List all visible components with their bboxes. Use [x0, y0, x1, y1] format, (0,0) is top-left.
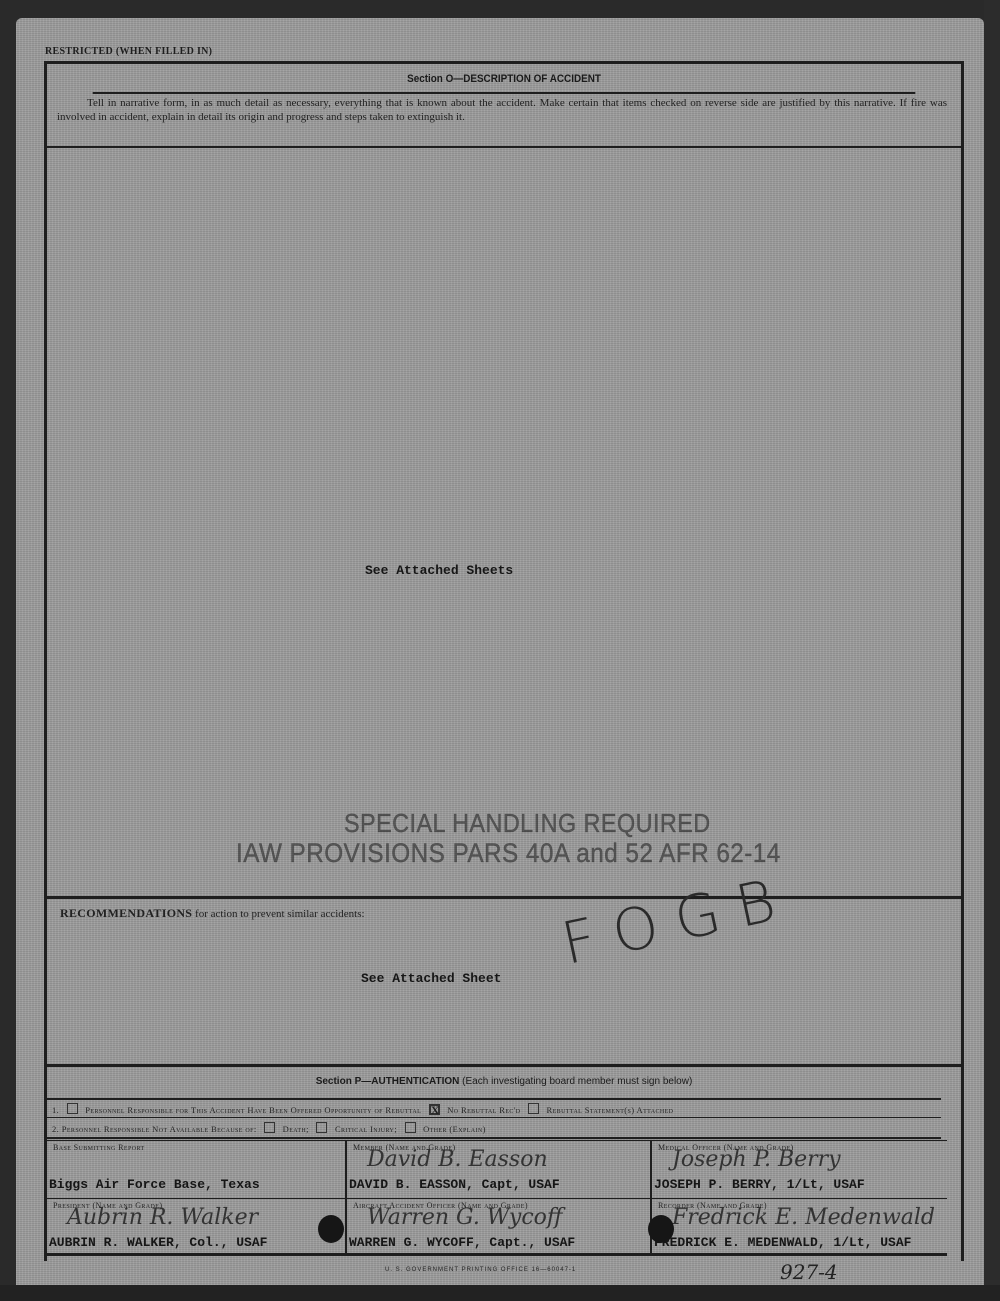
field-label: Base Submitting Report: [53, 1143, 339, 1152]
rebuttal-row: 1. Personnel Responsible for This Accide…: [47, 1098, 941, 1118]
recommendations-label: RECOMMENDATIONS for action to prevent si…: [60, 906, 365, 921]
recorder-name: FREDRICK E. MEDENWALD, 1/Lt, USAF: [654, 1235, 911, 1250]
medical-officer-cell: Medical Officer (Name and Grade) Joseph …: [652, 1140, 947, 1198]
punch-hole: [648, 1215, 674, 1243]
divider: [47, 1064, 961, 1067]
not-available-label: Personnel Responsible Not Available Beca…: [62, 1124, 257, 1134]
section-o-instructions: Tell in narrative form, in as much detai…: [57, 97, 947, 124]
row-number: 2.: [52, 1124, 59, 1134]
divider: [47, 896, 961, 899]
signature: Aubrin R. Walker: [67, 1205, 258, 1230]
recorder-cell: Recorder (Name and Grade) Fredrick E. Me…: [652, 1198, 947, 1256]
rebuttal-offered-label: Personnel Responsible for This Accident …: [85, 1105, 421, 1115]
special-handling-stamp-line2: IAW PROVISIONS PARS 40A and 52 AFR 62-14: [236, 838, 781, 869]
signature: Joseph P. Berry: [672, 1147, 841, 1172]
not-available-row: 2. Personnel Responsible Not Available B…: [47, 1119, 941, 1139]
rebuttal-offered-checkbox[interactable]: [67, 1103, 78, 1114]
recommendations-label-bold: RECOMMENDATIONS: [60, 906, 192, 920]
narrative-value: See Attached Sheets: [365, 563, 513, 578]
president-name: AUBRIN R. WALKER, Col., USAF: [49, 1235, 267, 1250]
divider: [47, 146, 961, 148]
signature-grid: Base Submitting Report Biggs Air Force B…: [47, 1140, 947, 1256]
member-cell: Member (Name and Grade) David B. Easson …: [347, 1140, 652, 1198]
critical-injury-label: Critical Injury;: [335, 1124, 397, 1134]
scan-border-bottom: [0, 1285, 1000, 1301]
section-p-title-bold: Section P—AUTHENTICATION: [316, 1076, 460, 1087]
critical-injury-checkbox[interactable]: [316, 1122, 327, 1133]
other-checkbox[interactable]: [405, 1122, 416, 1133]
other-label: Other (Explain): [423, 1124, 486, 1134]
member-name: DAVID B. EASSON, Capt, USAF: [349, 1177, 560, 1192]
base-submitting-cell: Base Submitting Report Biggs Air Force B…: [47, 1140, 347, 1198]
recommendations-value: See Attached Sheet: [361, 971, 501, 986]
section-o-title: Section O—DESCRIPTION OF ACCIDENT: [93, 64, 916, 94]
punch-hole: [318, 1215, 344, 1243]
no-rebuttal-checkbox[interactable]: X: [429, 1104, 440, 1115]
medical-officer-name: JOSEPH P. BERRY, 1/Lt, USAF: [654, 1177, 865, 1192]
page-number: 927-4: [780, 1260, 838, 1284]
printer-line: U. S. GOVERNMENT PRINTING OFFICE 16—6004…: [385, 1267, 576, 1273]
section-p-title-rest: (Each investigating board member must si…: [459, 1076, 692, 1087]
scan-border-right: [984, 0, 1000, 1301]
row-number: 1.: [52, 1105, 59, 1115]
signature: David B. Easson: [367, 1147, 548, 1172]
aircraft-accident-officer-name: WARREN G. WYCOFF, Capt., USAF: [349, 1235, 575, 1250]
rebuttal-attached-label: Rebuttal Statement(s) Attached: [547, 1105, 674, 1115]
section-p-title: Section P—AUTHENTICATION (Each investiga…: [47, 1070, 961, 1094]
restricted-notice: RESTRICTED (WHEN FILLED IN): [45, 46, 212, 57]
rebuttal-attached-checkbox[interactable]: [528, 1103, 539, 1114]
special-handling-stamp-line1: SPECIAL HANDLING REQUIRED: [344, 808, 711, 839]
no-rebuttal-label: No Rebuttal Rec'd: [447, 1105, 520, 1115]
death-label: Death;: [283, 1124, 309, 1134]
signature: Fredrick E. Medenwald: [672, 1205, 935, 1230]
president-cell: President (Name and Grade) Aubrin R. Wal…: [47, 1198, 347, 1256]
aircraft-accident-officer-cell: Aircraft Accident Officer (Name and Grad…: [347, 1198, 652, 1256]
base-name: Biggs Air Force Base, Texas: [49, 1177, 260, 1192]
death-checkbox[interactable]: [264, 1122, 275, 1133]
recommendations-label-rest: for action to prevent similar accidents:: [192, 908, 364, 920]
signature: Warren G. Wycoff: [367, 1205, 563, 1230]
